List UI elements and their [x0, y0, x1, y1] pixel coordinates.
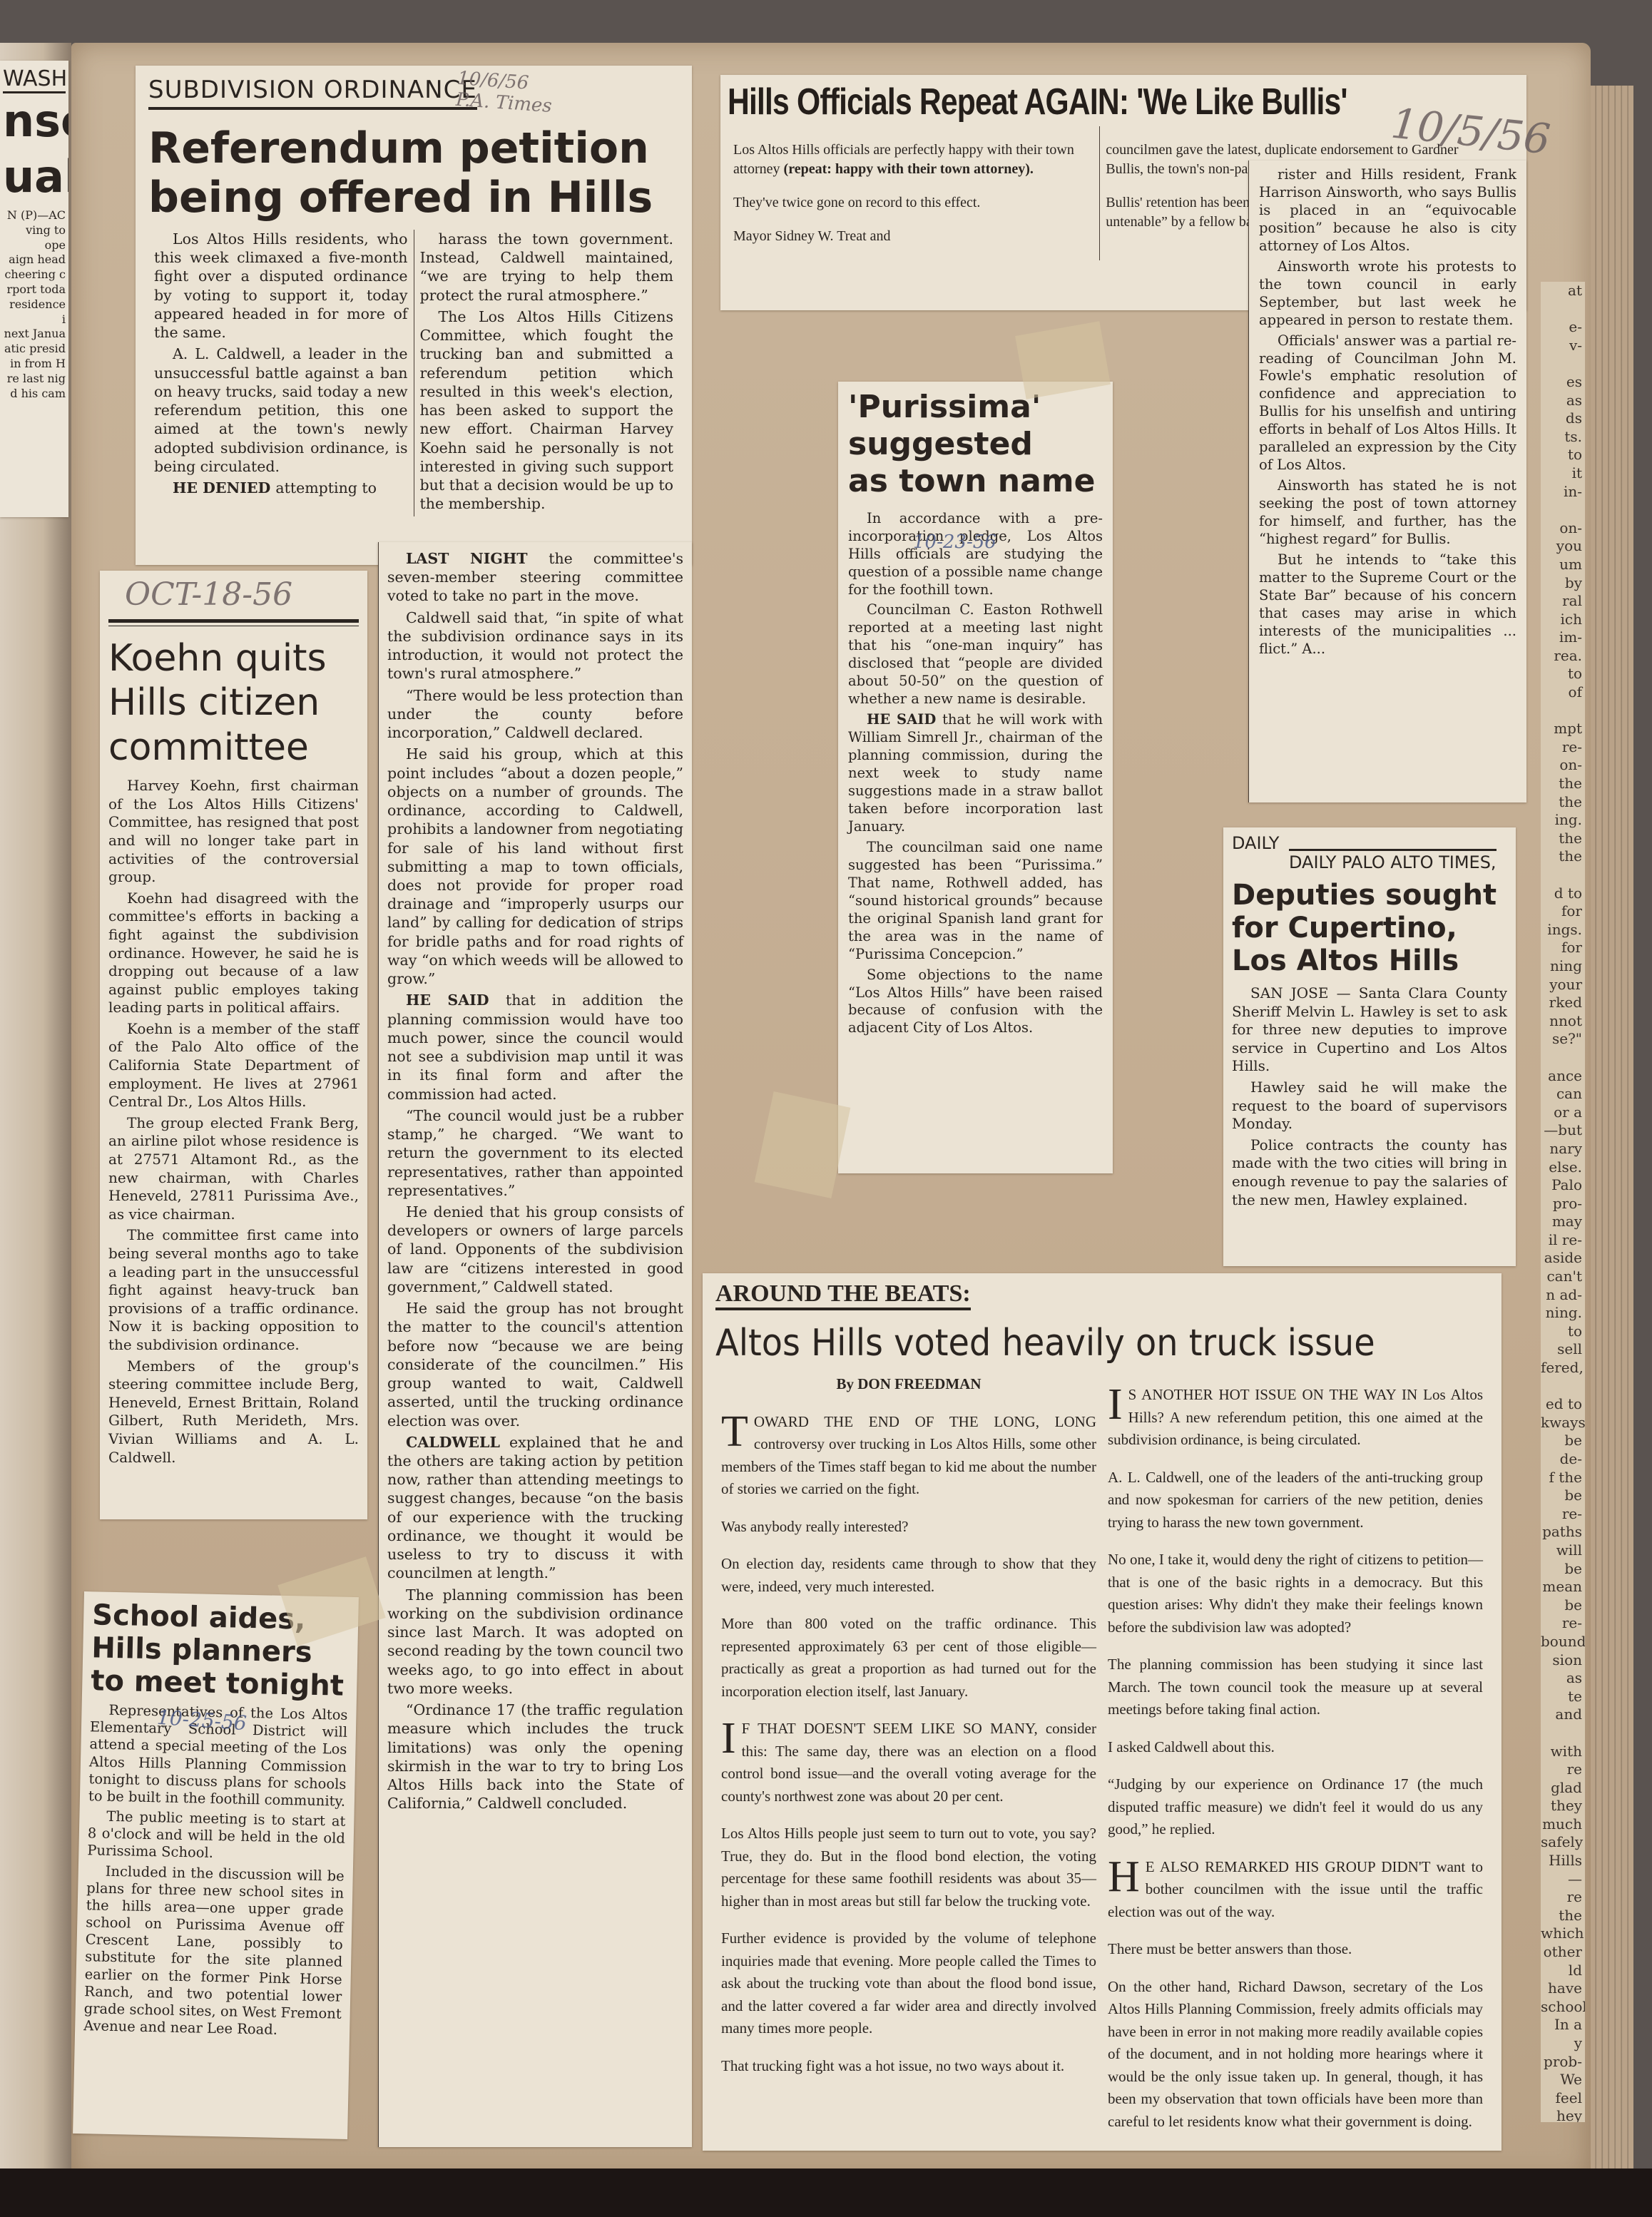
headline: Altos Hills voted heavily on truck issue: [715, 1322, 1427, 1365]
headline-line: for Cupertino,: [1232, 912, 1507, 944]
paragraph: Was anybody really interested?: [721, 1516, 1096, 1539]
paragraph: HE SAID that he will work with William S…: [848, 711, 1103, 836]
column: Los Altos Hills officials are perfectly …: [728, 126, 1099, 260]
table-surface: [0, 2168, 1652, 2217]
headline-line: to meet tonight: [91, 1664, 349, 1703]
paragraph: He said his group, which at this point i…: [387, 745, 683, 988]
drop-cap: H: [1108, 1857, 1140, 1897]
paragraph: LAST NIGHT the committee's seven-member …: [387, 549, 683, 606]
paragraph: The planning commission has been working…: [387, 1586, 683, 1698]
headline-line: Deputies sought: [1232, 879, 1507, 912]
clipping-referendum: SUBDIVISION ORDINANCE Referendum petitio…: [136, 66, 692, 565]
paragraph: That trucking fight was a hot issue, no …: [721, 2055, 1096, 2078]
column: Los Altos Hills residents, who this week…: [148, 230, 414, 516]
headline-line: as town name: [848, 463, 1103, 500]
masthead: DAILY PALO ALTO TIMES,: [1289, 849, 1497, 872]
clipping-deputies: DAILY DAILY PALO ALTO TIMES, Deputies so…: [1223, 827, 1516, 1266]
right-edge-fragment: at e-v- esasdsts.toitin- on-youumbyralic…: [1541, 282, 1585, 2122]
paragraph: Included in the discussion will be plans…: [83, 1862, 345, 2040]
headline-line: Hills citizen: [108, 681, 359, 725]
paragraph: Some objections to the name “Los Altos H…: [848, 967, 1103, 1038]
paragraph: Ainsworth has stated he is not seeking t…: [1259, 477, 1516, 549]
adjacent-clipping-fragment: WASH nsoual N (P)—ACving to opeaign head…: [0, 61, 68, 517]
paragraph: Los Altos Hills officials are perfectly …: [733, 141, 1093, 179]
right-edge-fragment-text: at e-v- esasdsts.toitin- on-youumbyralic…: [1541, 282, 1582, 2122]
paragraph: CALDWELL explained that he and the other…: [387, 1433, 683, 1583]
article-body: In accordance with a pre-incorporation p…: [848, 510, 1103, 1038]
paragraph: Caldwell said that, “in spite of what th…: [387, 608, 683, 683]
paragraph: They've twice gone on record to this eff…: [733, 193, 1093, 213]
headline: Koehn quits Hills citizen committee: [108, 636, 359, 770]
article-body: Representatives of the Los Altos Element…: [83, 1701, 348, 2040]
paragraph: Ainsworth wrote his protests to the town…: [1259, 258, 1516, 330]
adjacent-page-edge: WASH nsoual N (P)—ACving to opeaign head…: [0, 43, 71, 2197]
lead-in: HE SAID: [867, 711, 942, 728]
paragraph: Los Altos Hills people just seem to turn…: [721, 1823, 1096, 1912]
handwritten-date: 10-23-56: [913, 531, 996, 553]
rule: [108, 619, 359, 626]
drop-cap: I: [1108, 1385, 1123, 1425]
emphasis: (repeat: happy with their town attorney)…: [780, 161, 1034, 177]
paragraph: Koehn is a member of the staff of the Pa…: [108, 1020, 359, 1111]
paragraph: HE SAID that in addition the planning co…: [387, 991, 683, 1103]
paragraph: No one, I take it, would deny the right …: [1108, 1549, 1483, 1638]
headline: 'Purissima' suggested as town name: [848, 389, 1103, 500]
paragraph: The committee first came into being seve…: [108, 1226, 359, 1354]
masthead-fragment: DAILY: [1232, 833, 1279, 853]
paragraph: The councilman said one name suggested h…: [848, 839, 1103, 964]
headline-line: Los Altos Hills: [1232, 944, 1507, 977]
paragraph: A. L. Caldwell, a leader in the unsucces…: [154, 345, 408, 476]
adjacent-clipping-headline: nsoual: [3, 93, 66, 204]
paragraph: The public meeting is to start at 8 o'cl…: [87, 1808, 345, 1865]
page-stack-edge: [1591, 86, 1633, 2183]
paragraph: TOWARD THE END OF THE LONG, LONG controv…: [721, 1411, 1096, 1501]
paragraph: Officials' answer was a partial re-readi…: [1259, 332, 1516, 475]
paragraph: “The council would just be a rubber stam…: [387, 1106, 683, 1200]
headline: Hills Officials Repeat AGAIN: 'We Like B…: [728, 81, 1377, 123]
clipping-around-the-beats: AROUND THE BEATS: Altos Hills voted heav…: [703, 1273, 1501, 2151]
column: By DON FREEDMAN TOWARD THE END OF THE LO…: [715, 1369, 1102, 2148]
paragraph: IF THAT DOESN'T SEEM LIKE SO MANY, consi…: [721, 1718, 1096, 1808]
paragraph: On the other hand, Richard Dawson, secre…: [1108, 1976, 1483, 2134]
paragraph: IS ANOTHER HOT ISSUE ON THE WAY IN Los A…: [1108, 1384, 1483, 1452]
column: harass the town government. Instead, Cal…: [414, 230, 680, 516]
article-body: Harvey Koehn, first chairman of the Los …: [108, 777, 359, 1467]
drop-cap: I: [721, 1719, 736, 1759]
lead-in: CALDWELL: [406, 1434, 509, 1451]
clipping-school: School aides, Hills planners to meet ton…: [73, 1591, 359, 2139]
paragraph: SAN JOSE — Santa Clara County Sheriff Me…: [1232, 984, 1507, 1076]
headline-line: 'Purissima': [848, 389, 1103, 426]
paragraph: There must be better answers than those.: [1108, 1938, 1483, 1961]
adjacent-clipping-kicker: WASH: [3, 66, 66, 93]
handwritten-date: 10/6/56 P.A. Times: [455, 68, 565, 118]
paragraph: He denied that his group consists of dev…: [387, 1203, 683, 1296]
paragraph: But he intends to “take this matter to t…: [1259, 551, 1516, 658]
headline-line: committee: [108, 725, 359, 770]
article-body: SAN JOSE — Santa Clara County Sheriff Me…: [1232, 984, 1507, 1209]
column: IS ANOTHER HOT ISSUE ON THE WAY IN Los A…: [1102, 1369, 1489, 2148]
paragraph: More than 800 voted on the traffic ordin…: [721, 1613, 1096, 1703]
paragraph: The Los Altos Hills Citizens Committee, …: [420, 307, 674, 514]
headline: Referendum petition being offered in Hil…: [148, 124, 679, 223]
kicker: AROUND THE BEATS:: [715, 1280, 971, 1310]
paragraph: Further evidence is provided by the volu…: [721, 1927, 1096, 2040]
paragraph: rister and Hills resident, Frank Harriso…: [1259, 166, 1516, 255]
adjacent-clipping-body: N (P)—ACving to opeaign headcheering crp…: [3, 208, 66, 401]
paragraph: Koehn had disagreed with the committee's…: [108, 890, 359, 1017]
lead-in: HE SAID: [406, 992, 506, 1009]
kicker: SUBDIVISION ORDINANCE: [148, 76, 477, 110]
drop-cap: T: [721, 1412, 748, 1452]
column-text: TOWARD THE END OF THE LONG, LONG controv…: [721, 1411, 1096, 2078]
paragraph: HE ALSO REMARKED HIS GROUP DIDN'T want t…: [1108, 1856, 1483, 1924]
lead-in: HE DENIED: [173, 479, 275, 496]
paragraph: Los Altos Hills residents, who this week…: [154, 230, 408, 342]
paragraph: Mayor Sidney W. Treat and: [733, 227, 1093, 246]
paragraph: Councilman C. Easton Rothwell reported a…: [848, 601, 1103, 708]
paragraph: On election day, residents came through …: [721, 1553, 1096, 1598]
headline-line: suggested: [848, 426, 1103, 463]
article-body: Los Altos Hills residents, who this week…: [148, 230, 679, 516]
paragraph: harass the town government. Instead, Cal…: [420, 230, 674, 305]
paragraph: “Ordinance 17 (the traffic regulation me…: [387, 1701, 683, 1813]
paragraph: I asked Caldwell about this.: [1108, 1736, 1483, 1759]
headline-line: Koehn quits: [108, 636, 359, 681]
byline: By DON FREEDMAN: [721, 1373, 1096, 1396]
clipping-koehn: Koehn quits Hills citizen committee Harv…: [100, 571, 367, 1519]
paragraph: HE DENIED attempting to: [154, 479, 408, 497]
paragraph: He said the group has not brought the ma…: [387, 1299, 683, 1430]
paragraph: A. L. Caldwell, one of the leaders of th…: [1108, 1467, 1483, 1534]
clipping-referendum-continued: LAST NIGHT the committee's seven-member …: [378, 542, 692, 2147]
paragraph: Hawley said he will make the request to …: [1232, 1079, 1507, 1133]
headline: Deputies sought for Cupertino, Los Altos…: [1232, 879, 1507, 977]
paragraph: The planning commission has been studyin…: [1108, 1653, 1483, 1721]
paragraph: Members of the group's steering committe…: [108, 1357, 359, 1467]
headline-line: being offered in Hills: [148, 173, 679, 223]
headline-line: Referendum petition: [148, 124, 679, 173]
clipping-purissima: 'Purissima' suggested as town name In ac…: [838, 382, 1113, 1173]
lead-in: LAST NIGHT: [406, 550, 549, 567]
paragraph: Police contracts the county has made wit…: [1232, 1136, 1507, 1209]
paragraph: In accordance with a pre-incorporation p…: [848, 510, 1103, 599]
paragraph: “There would be less protection than und…: [387, 686, 683, 743]
paragraph: Harvey Koehn, first chairman of the Los …: [108, 777, 359, 887]
clipping-bullis-continued: rister and Hills resident, Frank Harriso…: [1248, 160, 1526, 802]
paragraph: “Judging by our experience on Ordinance …: [1108, 1773, 1483, 1841]
handwritten-date: OCT-18-56: [125, 576, 292, 613]
article-body: By DON FREEDMAN TOWARD THE END OF THE LO…: [715, 1369, 1489, 2148]
paragraph: The group elected Frank Berg, an airline…: [108, 1114, 359, 1224]
